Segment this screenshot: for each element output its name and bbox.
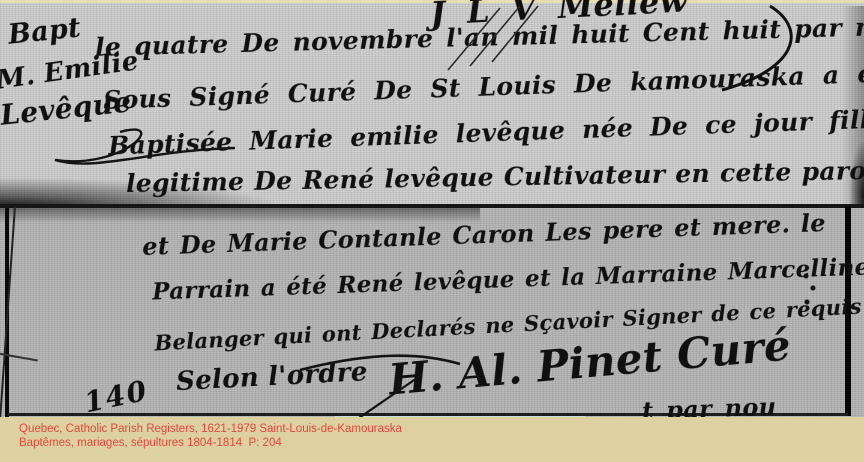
citation-line-2: Baptêmes, mariages, sépultures 1804-1814… bbox=[19, 437, 282, 449]
strip-divider-shadow bbox=[0, 208, 480, 223]
citation-band: Quebec, Catholic Parish Registers, 1621-… bbox=[0, 417, 864, 462]
record-viewer-page: Bapt M. Emilie Levêque J L V Mellew le q… bbox=[0, 0, 864, 462]
citation-line-1: Quebec, Catholic Parish Registers, 1621-… bbox=[19, 423, 402, 435]
